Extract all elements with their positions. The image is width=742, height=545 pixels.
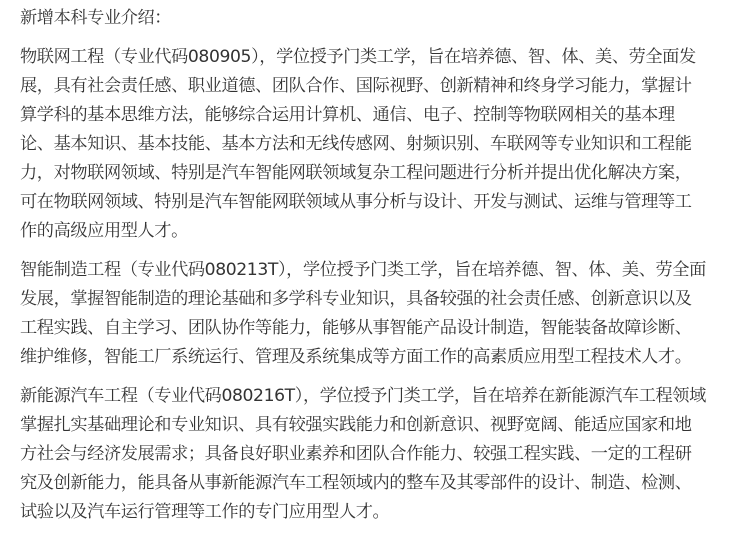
paragraph-iot-engineering: 物联网工程（专业代码080905），学位授予门类工学，旨在培养德、智、体、美、劳… — [20, 43, 732, 246]
paragraph-line: 可在物联网领域、特别是汽车智能网联领域从事分析与设计、开发与测试、运维与管理等工 — [20, 188, 732, 217]
paragraph-line: 新能源汽车工程（专业代码080216T），学位授予门类工学，旨在培养在新能源汽车… — [20, 382, 732, 411]
paragraph-line: 掌握扎实基础理论和专业知识、具有较强实践能力和创新意识、视野宽阔、能适应国家和地 — [20, 411, 732, 440]
paragraph-line: 论、基本知识、基本技能、基本方法和无线传感网、射频识别、车联网等专业知识和工程能 — [20, 130, 732, 159]
paragraph-line: 试验以及汽车运行管理等工作的专门应用型人才。 — [20, 498, 732, 527]
document: 新增本科专业介绍： 物联网工程（专业代码080905），学位授予门类工学，旨在培… — [20, 4, 732, 537]
paragraph-line: 算学科的基本思维方法，能够综合运用计算机、通信、电子、控制等物联网相关的基本理 — [20, 101, 732, 130]
paragraph-line: 发展，掌握智能制造的理论基础和多学科专业知识，具备较强的社会责任感、创新意识以及 — [20, 285, 732, 314]
paragraph-line: 力，对物联网领域、特别是汽车智能网联领域复杂工程问题进行分析并提出优化解决方案， — [20, 159, 732, 188]
paragraph-line: 作的高级应用型人才。 — [20, 217, 732, 246]
paragraph-line: 究及创新能力，能具备从事新能源汽车工程领域内的整车及其零部件的设计、制造、检测、 — [20, 469, 732, 498]
paragraph-line: 工程实践、自主学习、团队协作等能力，能够从事智能产品设计制造，智能装备故障诊断、 — [20, 314, 732, 343]
paragraph-intelligent-manufacturing: 智能制造工程（专业代码080213T），学位授予门类工学，旨在培养德、智、体、美… — [20, 256, 732, 372]
paragraph-line: 展，具有社会责任感、职业道德、团队合作、国际视野、创新精神和终身学习能力，掌握计 — [20, 72, 732, 101]
paragraph-line: 维护维修，智能工厂系统运行、管理及系统集成等方面工作的高素质应用型工程技术人才。 — [20, 343, 732, 372]
paragraph-line: 方社会与经济发展需求；具备良好职业素养和团队合作能力、较强工程实践、一定的工程研 — [20, 440, 732, 469]
paragraph-line: 物联网工程（专业代码080905），学位授予门类工学，旨在培养德、智、体、美、劳… — [20, 43, 732, 72]
paragraph-new-energy-vehicle: 新能源汽车工程（专业代码080216T），学位授予门类工学，旨在培养在新能源汽车… — [20, 382, 732, 527]
paragraph-line: 智能制造工程（专业代码080213T），学位授予门类工学，旨在培养德、智、体、美… — [20, 256, 732, 285]
document-title: 新增本科专业介绍： — [20, 4, 732, 33]
